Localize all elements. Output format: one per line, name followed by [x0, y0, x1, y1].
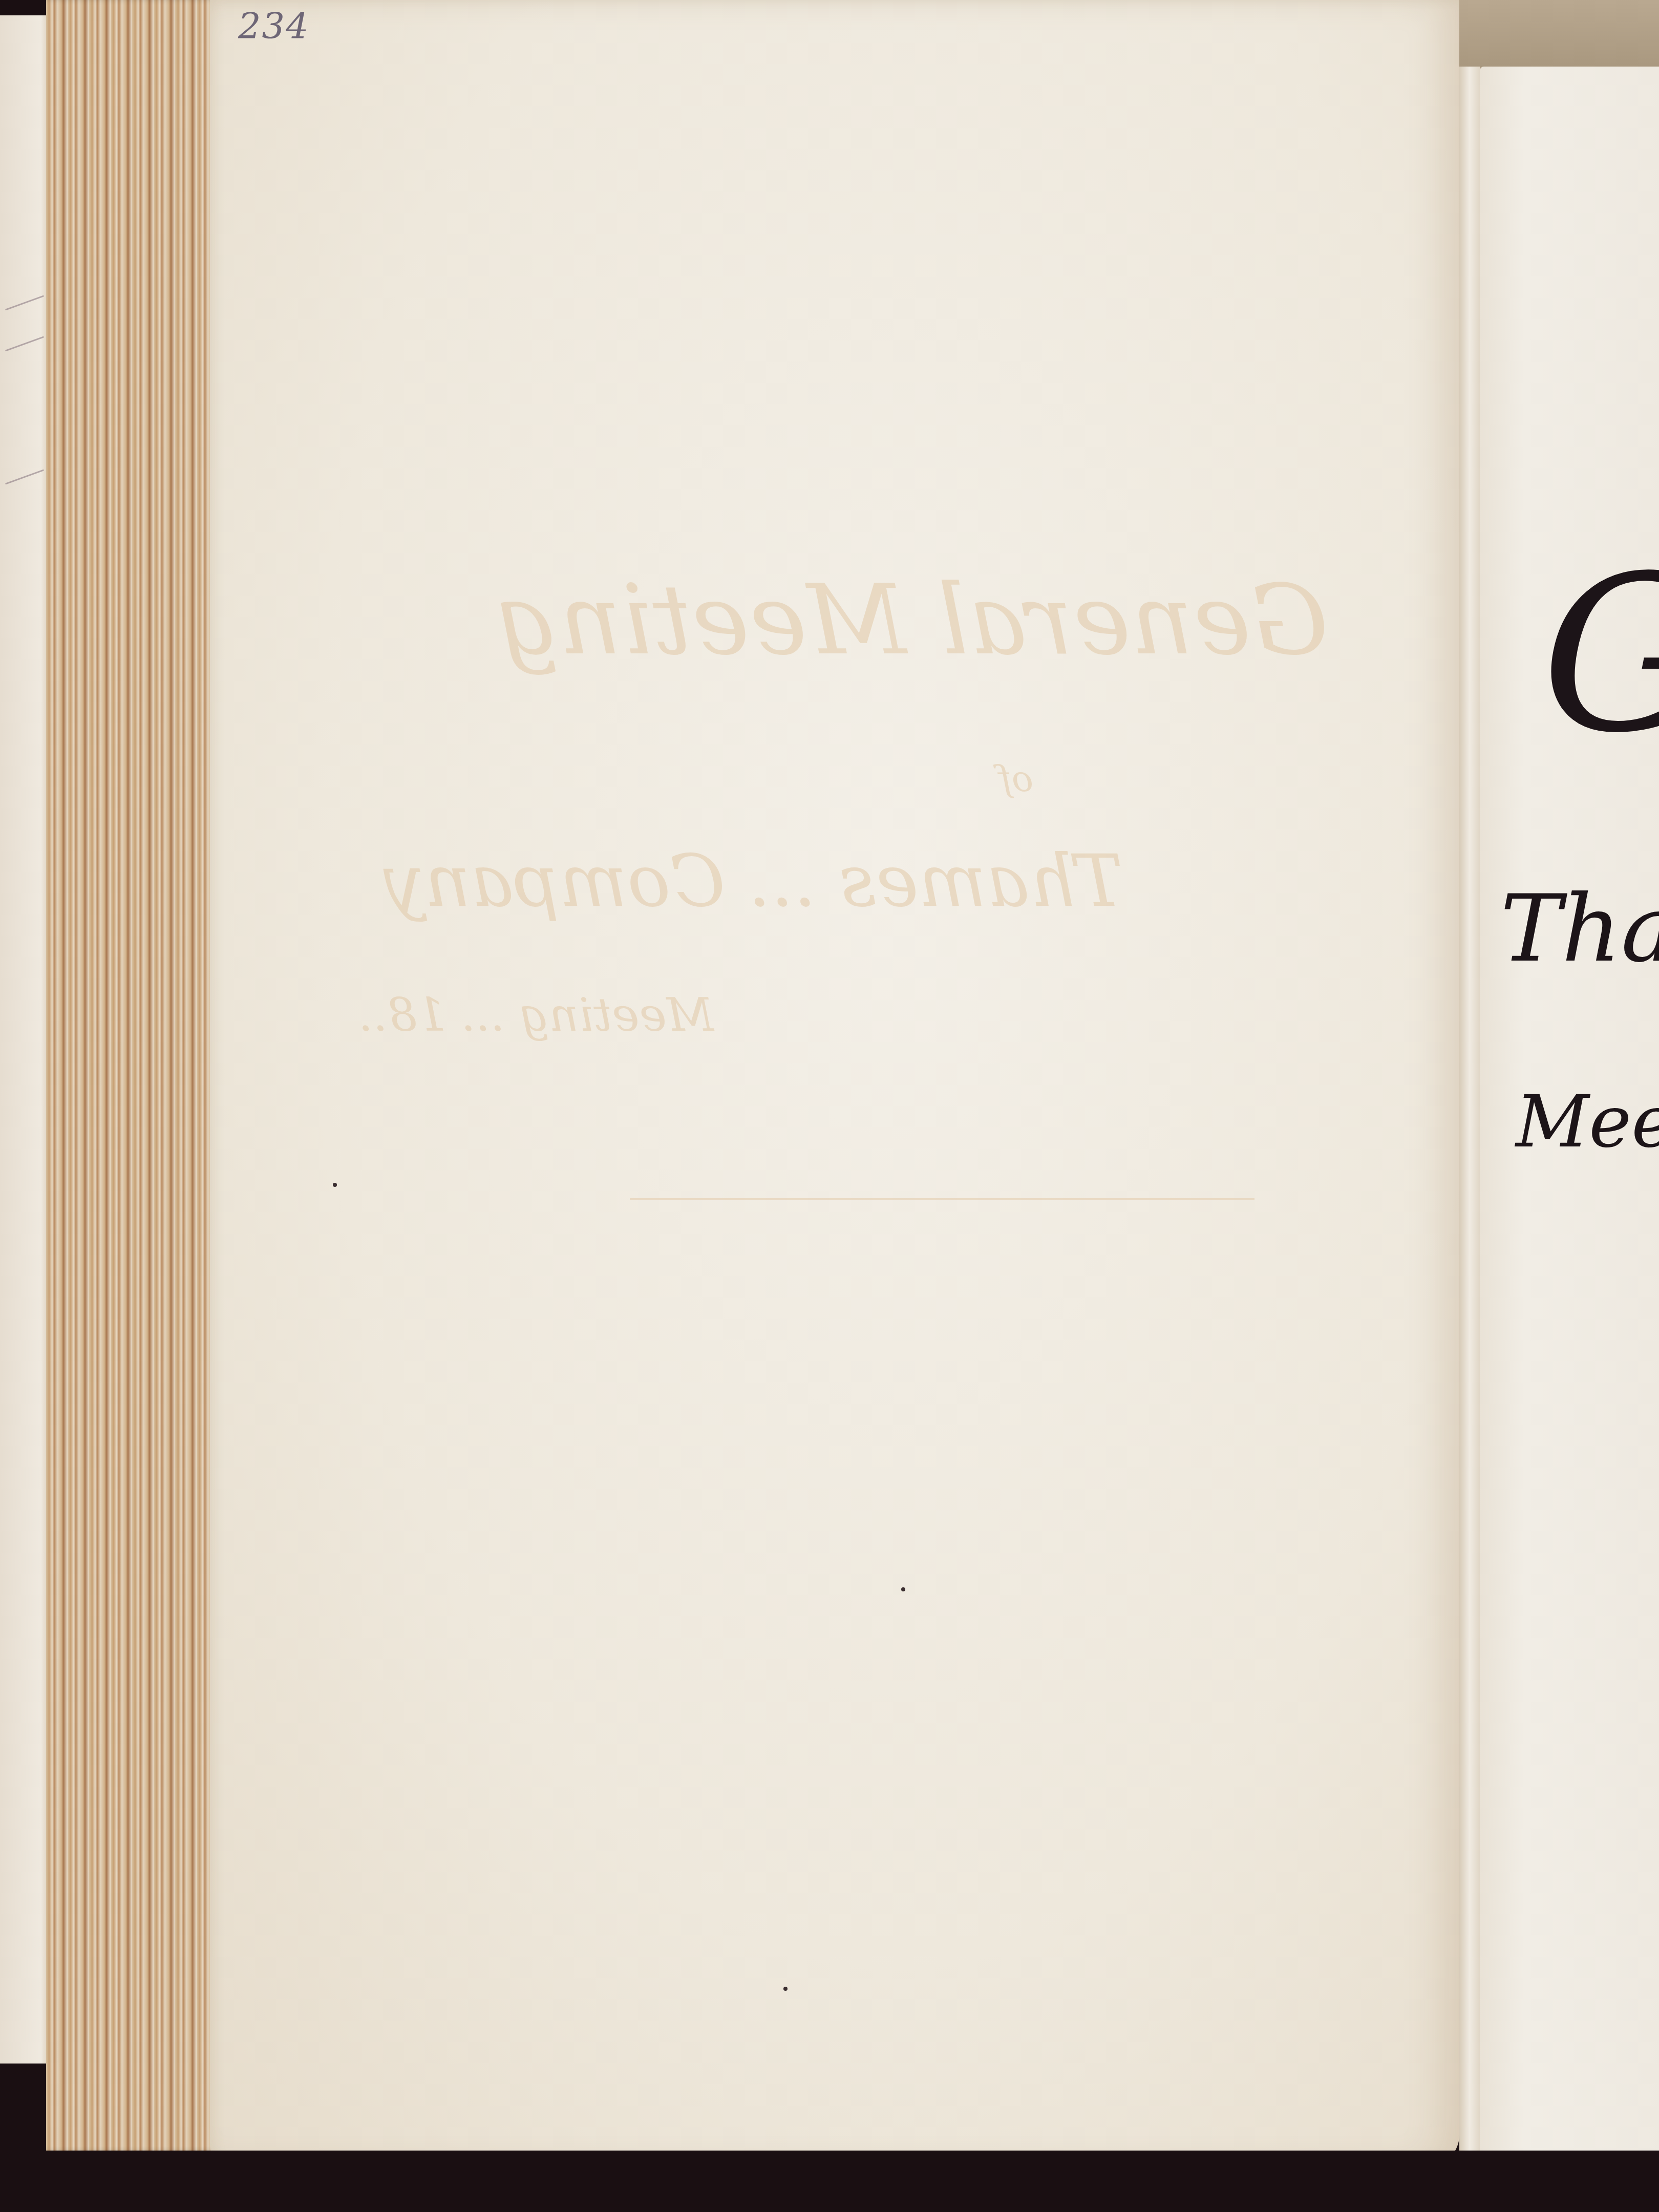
bleed-through-line: Meeting ... 18..	[358, 988, 714, 1042]
handwriting-fragment	[5, 295, 44, 310]
paper-speck	[901, 1587, 905, 1591]
book-gutter	[1459, 67, 1480, 2166]
bleed-through-line: of	[998, 758, 1033, 800]
heading-fragment: G	[1541, 548, 1659, 763]
handwriting-fragment	[5, 336, 44, 351]
page-block-edges	[46, 0, 236, 2151]
paper-speck	[333, 1183, 337, 1187]
bleed-through-title: General Meeting	[497, 563, 1329, 676]
bleed-through-rule	[630, 1198, 1254, 1200]
left-page: 234 General Meeting of Thames ... Compan…	[210, 0, 1459, 2166]
right-page: G Tham Meeti	[1480, 67, 1659, 2156]
bleed-through-line: Thames ... Company	[384, 840, 1123, 923]
text-fragment: Meeti	[1516, 1080, 1659, 1164]
paper-speck	[783, 1987, 788, 1991]
backdrop-bottom	[0, 2151, 1659, 2212]
text-fragment: Tham	[1500, 876, 1659, 983]
handwriting-fragment	[5, 469, 44, 484]
previous-page-edge	[0, 15, 51, 2064]
page-number: 234	[238, 5, 310, 47]
